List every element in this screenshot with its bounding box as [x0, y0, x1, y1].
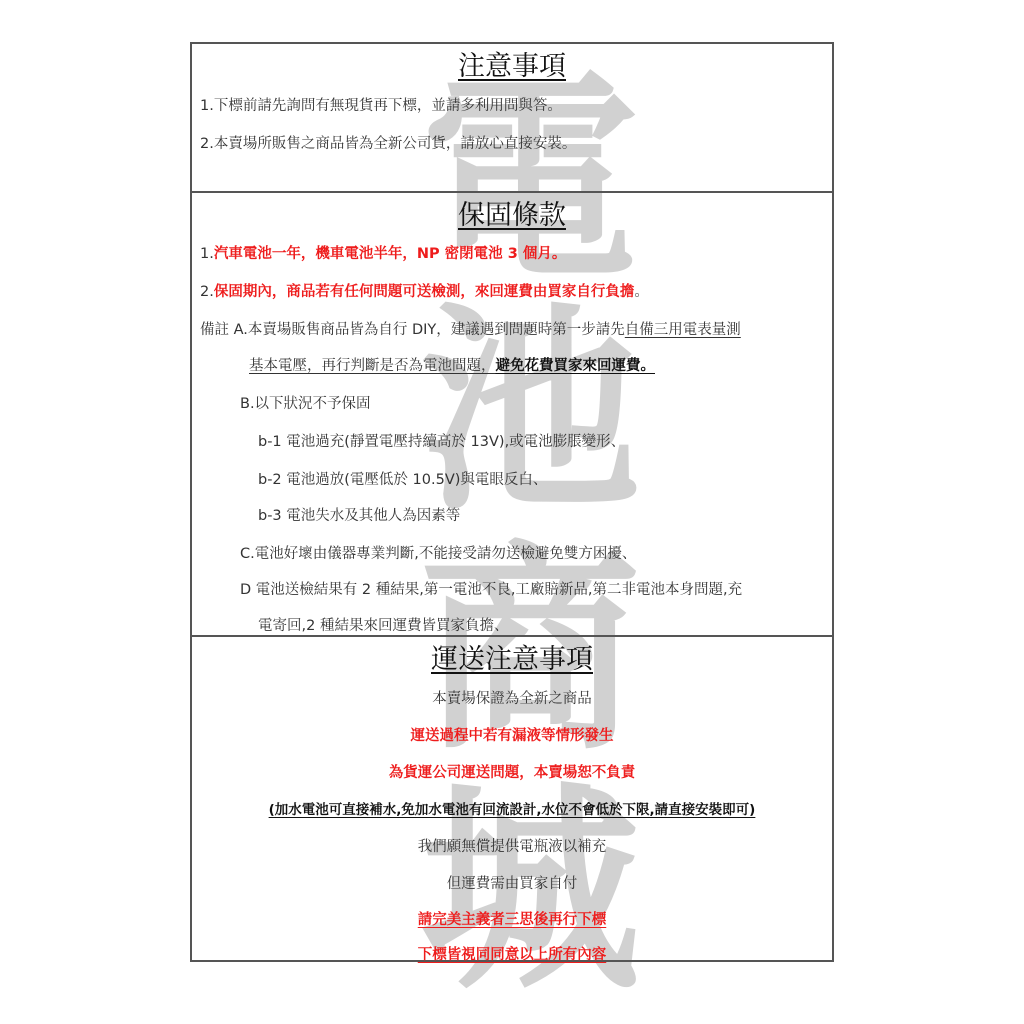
remark-d-line-2: 電寄回,2 種結果來回運費皆買家負擔、: [258, 616, 508, 636]
remark-a-line-2: 基本電壓，再行判斷是否為電池問題，避免花費買家來回運費。: [249, 356, 655, 376]
remark-b-item-2: b-2 電池過放(電壓低於 10.5V)與電眼反白、: [258, 470, 547, 490]
shipping-line-8: 下標皆視同同意以上所有內容: [192, 945, 832, 965]
remark-b-item-1: b-1 電池過充(靜置電壓持續高於 13V),或電池膨脹變形、: [258, 432, 625, 452]
remark-a-underlined: 自備三用電表量測: [625, 322, 741, 338]
remark-d-line-1: D 電池送檢結果有 2 種結果,第一電池不良,工廠賠新品,第二非電池本身問題,充: [240, 580, 742, 600]
remark-b-item-3: b-3 電池失水及其他人為因素等: [258, 506, 460, 526]
remark-a-line-2-underlined: 基本電壓，再行判斷是否為電池問題，: [249, 358, 496, 374]
notice-title-text: 注意事項: [458, 51, 566, 82]
shipping-title: 運送注意事項: [192, 643, 832, 677]
remark-a-plain: 備註 A.本賣場販售商品皆為自行 DIY，建議遇到問題時第一步請先: [200, 322, 625, 338]
notice-item-1: 1.下標前請先詢問有無現貨再下標，並請多利用問與答。: [200, 96, 562, 116]
shipping-section: 運送注意事項 本賣場保證為全新之商品 運送過程中若有漏液等情形發生 為貨運公司運…: [192, 635, 832, 960]
warranty-section: 保固條款 1.汽車電池一年，機車電池半年，NP 密閉電池 3 個月。 2.保固期…: [192, 191, 832, 635]
shipping-line-2: 運送過程中若有漏液等情形發生: [192, 726, 832, 746]
shipping-line-3: 為貨運公司運送問題，本賣場恕不負責: [192, 763, 832, 783]
notice-title: 注意事項: [192, 50, 832, 84]
warranty-title-text: 保固條款: [458, 200, 566, 231]
shipping-line-7: 請完美主義者三思後再行下標: [192, 910, 832, 930]
policy-sheet: 注意事項 1.下標前請先詢問有無現貨再下標，並請多利用問與答。 2.本賣場所販售…: [190, 42, 834, 962]
warranty-item-2-suffix: 。: [634, 284, 649, 300]
notice-section: 注意事項 1.下標前請先詢問有無現貨再下標，並請多利用問與答。 2.本賣場所販售…: [192, 44, 832, 191]
remark-a-line-1: 備註 A.本賣場販售商品皆為自行 DIY，建議遇到問題時第一步請先自備三用電表量…: [200, 320, 741, 340]
remark-a-line-2-bold: 避免花費買家來回運費。: [496, 358, 656, 374]
warranty-item-2-prefix: 2.: [200, 284, 214, 300]
warranty-item-2-text: 保固期內，商品若有任何問題可送檢測，來回運費由買家自行負擔: [214, 284, 635, 300]
warranty-item-1-prefix: 1.: [200, 246, 214, 262]
remark-b-title: B.以下狀況不予保固: [240, 394, 371, 414]
warranty-title: 保固條款: [192, 199, 832, 233]
shipping-line-1: 本賣場保證為全新之商品: [192, 689, 832, 709]
shipping-line-5: 我們願無償提供電瓶液以補充: [192, 837, 832, 857]
shipping-line-4: (加水電池可直接補水,免加水電池有回流設計,水位不會低於下限,請直接安裝即可): [192, 800, 832, 820]
shipping-line-6: 但運費需由買家自付: [192, 874, 832, 894]
warranty-item-1-text: 汽車電池一年，機車電池半年，NP 密閉電池 3 個月。: [214, 246, 567, 262]
warranty-item-2: 2.保固期內，商品若有任何問題可送檢測，來回運費由買家自行負擔。: [200, 282, 649, 302]
shipping-title-text: 運送注意事項: [431, 644, 593, 675]
remark-c: C.電池好壞由儀器專業判斷,不能接受請勿送檢避免雙方困擾、: [240, 544, 636, 564]
notice-item-2: 2.本賣場所販售之商品皆為全新公司貨，請放心直接安裝。: [200, 134, 576, 154]
warranty-item-1: 1.汽車電池一年，機車電池半年，NP 密閉電池 3 個月。: [200, 244, 566, 264]
